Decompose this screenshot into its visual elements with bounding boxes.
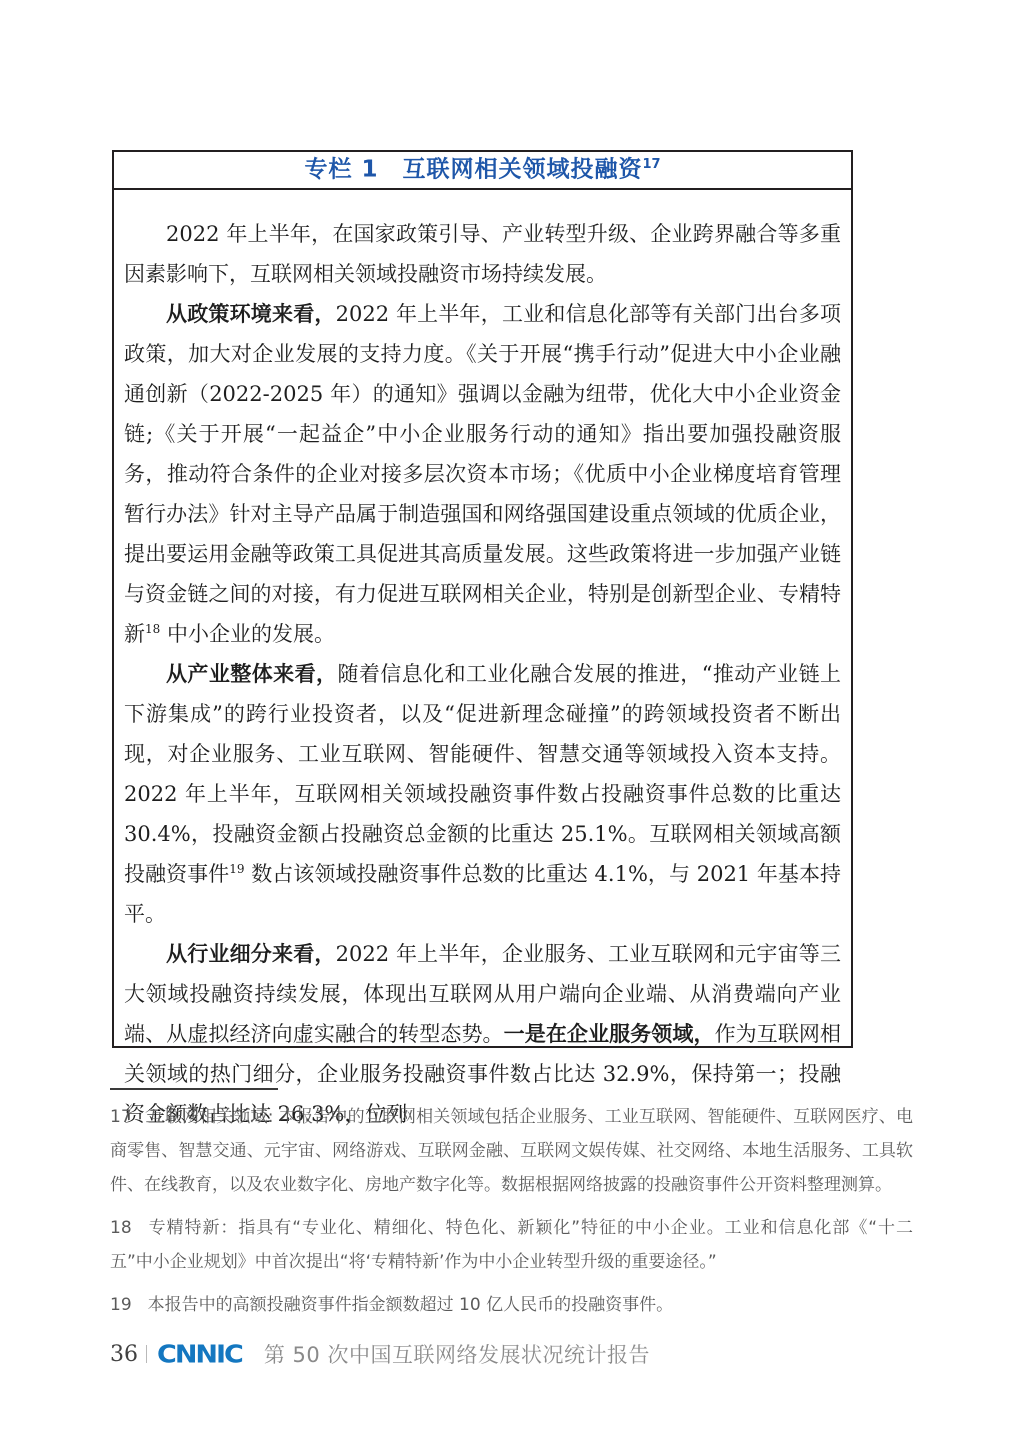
footnote-18: 18专精特新：指具有“专业化、精细化、特色化、新颖化”特征的中小企业。工业和信息…	[110, 1211, 913, 1279]
cnnic-logo: CNNIC	[157, 1340, 242, 1369]
footnote-ref-19: 19	[229, 862, 244, 876]
footnote-ref-18: 18	[145, 622, 160, 636]
footnote-19: 19本报告中的高额投融资事件指金额数超过 10 亿人民币的投融资事件。	[110, 1288, 913, 1322]
paragraph-3: 从产业整体来看，随着信息化和工业化融合发展的推进，“推动产业链上下游集成”的跨行…	[124, 654, 841, 934]
document-page: 专栏 1 互联网相关领域投融资17 2022 年上半年，在国家政策引导、产业转型…	[0, 0, 1020, 1440]
footnote-18-text: 专精特新：指具有“专业化、精细化、特色化、新颖化”特征的中小企业。工业和信息化部…	[110, 1218, 913, 1272]
column-title-bar: 专栏 1 互联网相关领域投融资17	[114, 152, 851, 190]
footnote-17-text: 互联网相关领域: 本报告中的互联网相关领域包括企业服务、工业互联网、智能硬件、互…	[110, 1107, 913, 1195]
footer-divider	[146, 1345, 147, 1363]
footnotes: 17互联网相关领域: 本报告中的互联网相关领域包括企业服务、工业互联网、智能硬件…	[110, 1100, 913, 1331]
report-title: 第 50 次中国互联网络发展状况统计报告	[264, 1339, 650, 1369]
page-footer: 36 CNNIC 第 50 次中国互联网络发展状况统计报告	[110, 1336, 650, 1372]
paragraph-3-lead: 从产业整体来看，	[166, 662, 337, 686]
footnote-19-text: 本报告中的高额投融资事件指金额数超过 10 亿人民币的投融资事件。	[148, 1295, 673, 1315]
paragraph-4-bold-2: 一是在企业服务领域，	[504, 1022, 715, 1046]
column-title: 专栏 1 互联网相关领域投融资17	[304, 158, 660, 182]
column-box: 专栏 1 互联网相关领域投融资17 2022 年上半年，在国家政策引导、产业转型…	[112, 150, 853, 1048]
footnote-ref-17: 17	[642, 157, 660, 172]
paragraph-3-text-1: 随着信息化和工业化融合发展的推进，“推动产业链上下游集成”的跨行业投资者，以及“…	[124, 662, 841, 886]
column-title-text: 专栏 1 互联网相关领域投融资	[304, 157, 642, 183]
paragraph-2-text-1: 2022 年上半年，工业和信息化部等有关部门出台多项政策，加大对企业发展的支持力…	[124, 302, 841, 646]
page-number: 36	[110, 1342, 138, 1367]
paragraph-2-lead: 从政策环境来看，	[166, 302, 336, 326]
footnote-17: 17互联网相关领域: 本报告中的互联网相关领域包括企业服务、工业互联网、智能硬件…	[110, 1100, 913, 1202]
paragraph-2: 从政策环境来看，2022 年上半年，工业和信息化部等有关部门出台多项政策，加大对…	[124, 294, 841, 654]
footnote-separator	[110, 1088, 278, 1090]
footnote-18-number: 18	[110, 1218, 132, 1238]
paragraph-1: 2022 年上半年，在国家政策引导、产业转型升级、企业跨界融合等多重因素影响下，…	[124, 214, 841, 294]
column-body: 2022 年上半年，在国家政策引导、产业转型升级、企业跨界融合等多重因素影响下，…	[114, 190, 851, 1134]
paragraph-4-lead: 从行业细分来看，	[166, 942, 336, 966]
paragraph-2-text-2: 中小企业的发展。	[160, 622, 335, 646]
paragraph-1-text: 2022 年上半年，在国家政策引导、产业转型升级、企业跨界融合等多重因素影响下，…	[124, 222, 841, 286]
footnote-17-number: 17	[110, 1107, 132, 1127]
footnote-19-number: 19	[110, 1295, 132, 1315]
